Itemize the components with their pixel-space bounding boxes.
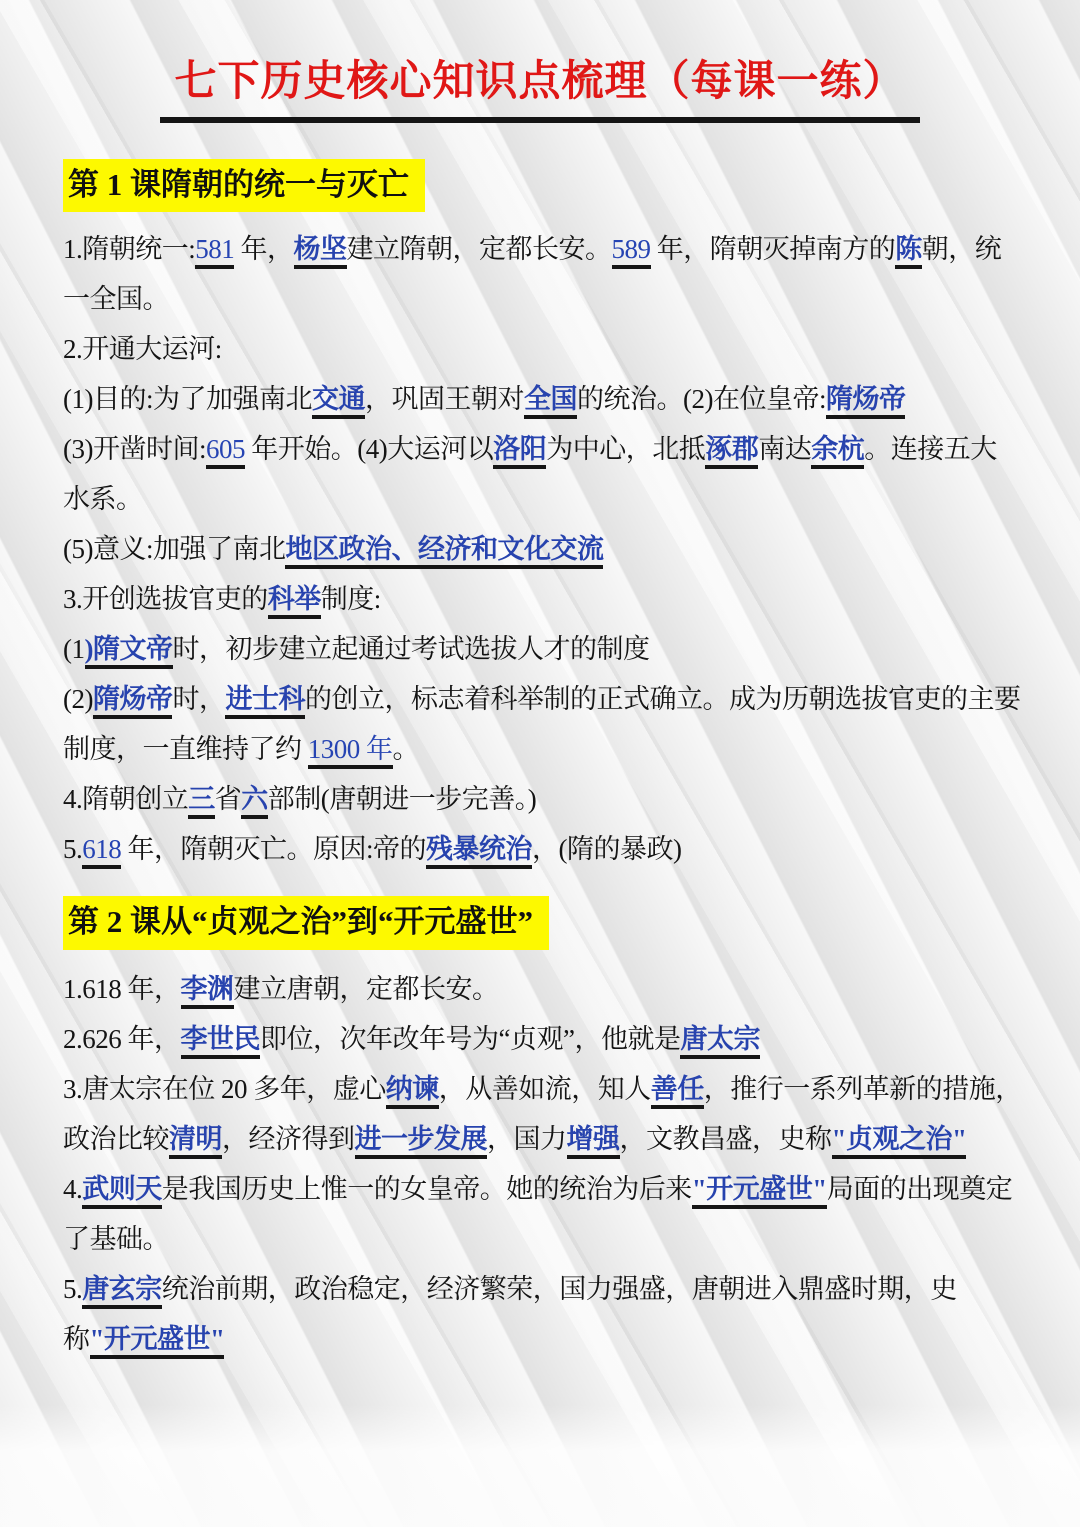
- text-run: 2.开通大运河:: [63, 334, 222, 364]
- text-run: (1: [63, 634, 85, 664]
- text-run: 。: [393, 734, 420, 764]
- key-term: 残暴统治: [426, 834, 532, 869]
- text-run: 年开始。(4)大运河以: [245, 434, 493, 464]
- text-run: 时，: [172, 684, 225, 714]
- key-term: 陈: [895, 234, 922, 269]
- key-term: 李世民: [181, 1024, 261, 1059]
- text-run: ，经济得到: [222, 1124, 355, 1154]
- key-term: 李渊: [181, 974, 234, 1009]
- content: 第 1 课隋朝的统一与灭亡 1.隋朝统一:581 年，杨坚建立隋朝，定都长安。5…: [0, 123, 1080, 1364]
- text-run: 时，初步建立起通过考试选拔人才的制度: [173, 634, 650, 664]
- key-term: 增强: [567, 1124, 620, 1159]
- text-run: ，(隋的暴政): [532, 834, 681, 864]
- key-term: 618: [82, 834, 121, 869]
- section-body-lesson-1: 1.隋朝统一:581 年，杨坚建立隋朝，定都长安。589 年，隋朝灭掉南方的陈朝…: [63, 224, 1022, 874]
- paragraph: 3.开创选拔官吏的科举制度:: [63, 574, 1022, 624]
- paragraph: 5.唐玄宗统治前期，政治稳定，经济繁荣，国力强盛，唐朝进入鼎盛时期，史称"开元盛…: [63, 1264, 1022, 1364]
- text-run: 部制(唐朝进一步完善。): [268, 784, 536, 814]
- text-run: 省: [215, 784, 242, 814]
- text-run: 1.隋朝统一:: [63, 234, 195, 264]
- key-term: 余杭: [811, 434, 864, 469]
- text-run: 5.: [63, 1274, 82, 1304]
- text-run: 是我国历史上惟一的女皇帝。她的统治为后来: [162, 1174, 692, 1204]
- text-run: ，巩固王朝对: [365, 384, 524, 414]
- text-run: 的统治。(2)在位皇帝:: [577, 384, 826, 414]
- text-run: (5)意义:加强了南北: [63, 534, 285, 564]
- key-term: 杨坚: [294, 234, 347, 269]
- key-term: 605: [206, 434, 245, 469]
- paragraph: (5)意义:加强了南北地区政治、经济和文化交流: [63, 524, 1022, 574]
- key-term: 全国: [524, 384, 577, 419]
- text-run: (2): [63, 684, 93, 714]
- key-term: 善任: [651, 1074, 704, 1109]
- key-term: 589: [612, 234, 651, 269]
- key-term: 隋炀帝: [826, 384, 906, 419]
- page-title: 七下历史核心知识点梳理（每课一练）: [160, 48, 919, 123]
- text-run: 3.唐太宗在位 20 多年，虚心: [63, 1074, 386, 1104]
- title-wrap: 七下历史核心知识点梳理（每课一练）: [0, 0, 1080, 123]
- key-term: 科举: [268, 584, 321, 619]
- key-term: )隋文帝: [85, 634, 173, 669]
- key-term: "开元盛世": [692, 1174, 827, 1209]
- key-term: 涿郡: [705, 434, 758, 469]
- key-term: 地区政治、经济和文化交流: [285, 534, 603, 569]
- section-heading-lesson-1: 第 1 课隋朝的统一与灭亡: [63, 159, 425, 212]
- text-run: 2.626 年，: [63, 1024, 181, 1054]
- key-term: 洛阳: [493, 434, 546, 469]
- paragraph: (3)开凿时间:605 年开始。(4)大运河以洛阳为中心，北抵涿郡南达余杭。连接…: [63, 424, 1022, 524]
- key-term: 六: [241, 784, 268, 819]
- key-term: 唐太宗: [680, 1024, 760, 1059]
- text-run: (1)目的:为了加强南北: [63, 384, 312, 414]
- key-term: 进一步发展: [355, 1124, 488, 1159]
- key-term: 清明: [169, 1124, 222, 1159]
- key-term: 进士科: [225, 684, 305, 719]
- paragraph: 1.隋朝统一:581 年，杨坚建立隋朝，定都长安。589 年，隋朝灭掉南方的陈朝…: [63, 224, 1022, 324]
- text-run: (3)开凿时间:: [63, 434, 206, 464]
- key-term: 1300 年: [308, 734, 393, 769]
- section-lesson-2: 第 2 课从“贞观之治”到“开元盛世” 1.618 年，李渊建立唐朝，定都长安。…: [63, 874, 1022, 1363]
- paragraph: 4.隋朝创立三省六部制(唐朝进一步完善。): [63, 774, 1022, 824]
- paragraph: 5.618 年，隋朝灭亡。原因:帝的残暴统治，(隋的暴政): [63, 824, 1022, 874]
- key-term: 隋炀帝: [93, 684, 173, 719]
- document-page: 七下历史核心知识点梳理（每课一练） 第 1 课隋朝的统一与灭亡 1.隋朝统一:5…: [0, 0, 1080, 1527]
- text-run: 制度:: [321, 584, 381, 614]
- key-term: 纳谏: [386, 1074, 439, 1109]
- text-run: 南达: [758, 434, 811, 464]
- text-run: ，从善如流，知人: [439, 1074, 651, 1104]
- key-term: 唐玄宗: [82, 1274, 162, 1309]
- text-run: ，文教昌盛，史称: [620, 1124, 832, 1154]
- section-body-lesson-2: 1.618 年，李渊建立唐朝，定都长安。2.626 年，李世民即位，次年改年号为…: [63, 964, 1022, 1364]
- key-term: 武则天: [82, 1174, 162, 1209]
- paragraph: 1.618 年，李渊建立唐朝，定都长安。: [63, 964, 1022, 1014]
- paragraph: (1)隋文帝时，初步建立起通过考试选拔人才的制度: [63, 624, 1022, 674]
- paragraph: (1)目的:为了加强南北交通，巩固王朝对全国的统治。(2)在位皇帝:隋炀帝: [63, 374, 1022, 424]
- paragraph: 3.唐太宗在位 20 多年，虚心纳谏，从善如流，知人善任，推行一系列革新的措施，…: [63, 1064, 1022, 1164]
- key-term: "开元盛世": [90, 1324, 225, 1359]
- section-lesson-1: 第 1 课隋朝的统一与灭亡 1.隋朝统一:581 年，杨坚建立隋朝，定都长安。5…: [63, 123, 1022, 874]
- text-run: 4.: [63, 1174, 82, 1204]
- paragraph: 4.武则天是我国历史上惟一的女皇帝。她的统治为后来"开元盛世"局面的出现奠定了基…: [63, 1164, 1022, 1264]
- text-run: 即位，次年改年号为“贞观”，他就是: [260, 1024, 680, 1054]
- text-run: 建立隋朝，定都长安。: [347, 234, 612, 264]
- text-run: 建立唐朝，定都长安。: [234, 974, 499, 1004]
- text-run: 4.隋朝创立: [63, 784, 188, 814]
- text-run: 为中心，北抵: [546, 434, 705, 464]
- key-term: 交通: [312, 384, 365, 419]
- key-term: "贞观之治": [832, 1124, 967, 1159]
- text-run: 5.: [63, 834, 82, 864]
- text-run: 年，隋朝灭掉南方的: [651, 234, 896, 264]
- section-heading-lesson-2: 第 2 课从“贞观之治”到“开元盛世”: [63, 896, 549, 949]
- paragraph: 2.626 年，李世民即位，次年改年号为“贞观”，他就是唐太宗: [63, 1014, 1022, 1064]
- paragraph: 2.开通大运河:: [63, 324, 1022, 374]
- key-term: 581: [195, 234, 234, 269]
- text-run: 3.开创选拔官吏的: [63, 584, 268, 614]
- text-run: ，国力: [487, 1124, 567, 1154]
- text-run: 1.618 年，: [63, 974, 181, 1004]
- paragraph: (2)隋炀帝时，进士科的创立，标志着科举制的正式确立。成为历朝选拔官吏的主要制度…: [63, 674, 1022, 774]
- key-term: 三: [188, 784, 215, 819]
- text-run: 年，隋朝灭亡。原因:帝的: [121, 834, 426, 864]
- text-run: 年，: [234, 234, 293, 264]
